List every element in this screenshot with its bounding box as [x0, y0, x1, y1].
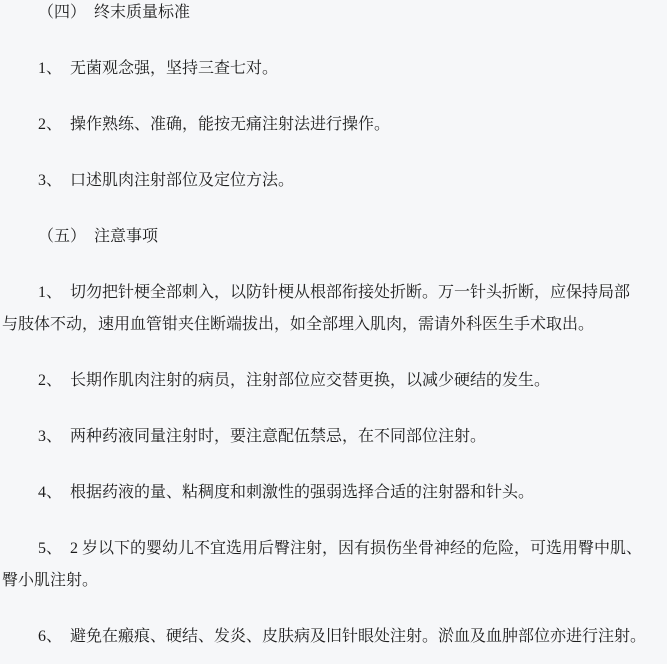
list-item: 1、 切勿把针梗全部刺入，以防针梗从根部衔接处折断。万一针头折断，应保持局部 与…: [2, 277, 663, 341]
section-heading: （四） 终末质量标准: [2, 0, 663, 29]
section-heading: （五） 注意事项: [2, 221, 663, 253]
list-item: 1、 无菌观念强，坚持三查七对。: [2, 53, 663, 85]
list-item: 5、 2 岁以下的婴幼儿不宜选用后臀注射，因有损伤坐骨神经的危险，可选用臀中肌、…: [2, 533, 663, 597]
list-item: 4、 根据药液的量、粘稠度和刺激性的强弱选择合适的注射器和针头。: [2, 477, 663, 509]
document-body: （四） 终末质量标准 1、 无菌观念强，坚持三查七对。 2、 操作熟练、准确，能…: [0, 0, 667, 653]
list-item: 3、 两种药液同量注射时，要注意配伍禁忌，在不同部位注射。: [2, 421, 663, 453]
list-item: 2、 操作熟练、准确，能按无痛注射法进行操作。: [2, 109, 663, 141]
list-item: 3、 口述肌肉注射部位及定位方法。: [2, 165, 663, 197]
list-item: 6、 避免在瘢痕、硬结、发炎、皮肤病及旧针眼处注射。淤血及血肿部位亦进行注射。: [2, 621, 663, 653]
list-item: 2、 长期作肌肉注射的病员，注射部位应交替更换，以减少硬结的发生。: [2, 365, 663, 397]
